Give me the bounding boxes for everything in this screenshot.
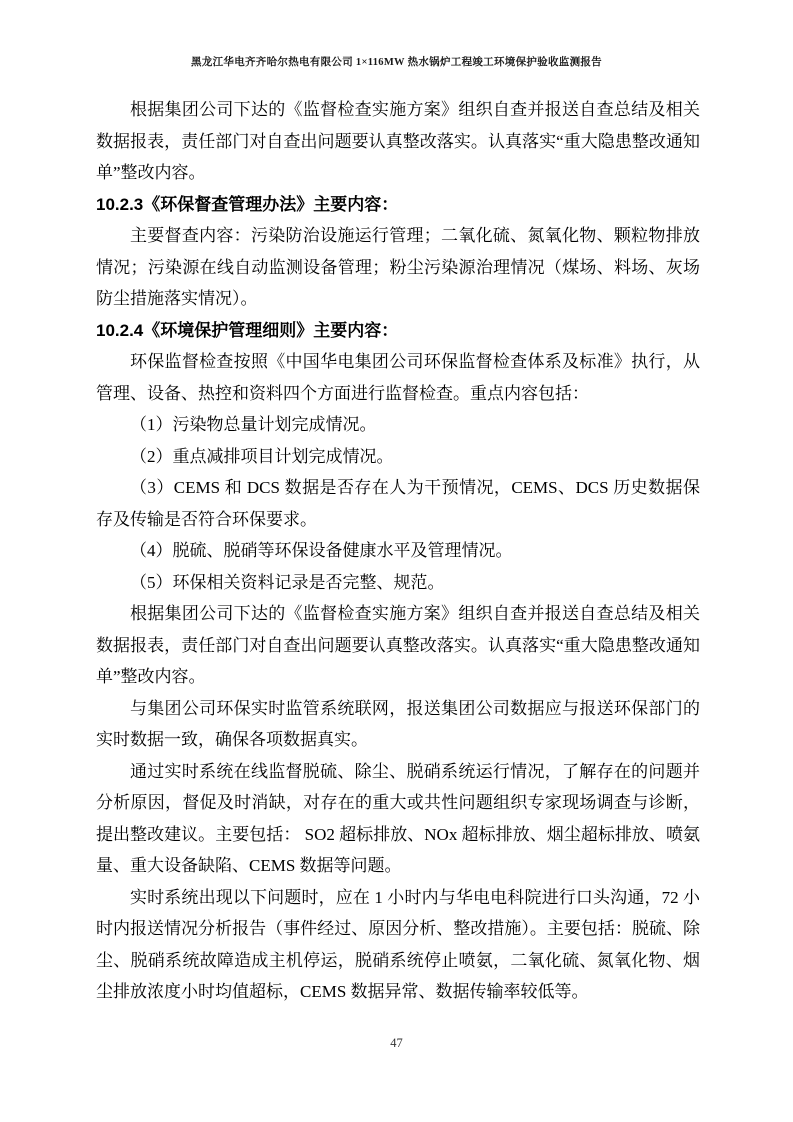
paragraph-realtime-network: 与集团公司环保实时监管系统联网，报送集团公司数据应与报送环保部门的实时数据一致，…	[96, 693, 700, 756]
paragraph-supervision-content: 主要督查内容：污染防治设施运行管理；二氧化硫、氮氧化物、颗粒物排放情况；污染源在…	[96, 220, 700, 315]
paragraph-self-inspection-1: 根据集团公司下达的《监督检查实施方案》组织自查并报送自查总结及相关数据报表，责任…	[96, 94, 700, 189]
list-item-5: （5）环保相关资料记录是否完整、规范。	[96, 567, 700, 599]
section-heading-10-2-4: 10.2.4《环境保护管理细则》主要内容：	[96, 315, 700, 347]
page-number: 47	[0, 1036, 793, 1051]
list-item-3: （3）CEMS 和 DCS 数据是否存在人为干预情况，CEMS、DCS 历史数据…	[96, 472, 700, 535]
list-item-4: （4）脱硫、脱硝等环保设备健康水平及管理情况。	[96, 535, 700, 567]
paragraph-inspection-system: 环保监督检查按照《中国华电集团公司环保监督检查体系及标准》执行，从管理、设备、热…	[96, 346, 700, 409]
list-item-1: （1）污染物总量计划完成情况。	[96, 409, 700, 441]
page-header: 黑龙江华电齐齐哈尔热电有限公司 1×116MW 热水锅炉工程竣工环境保护验收监测…	[0, 54, 793, 69]
paragraph-online-monitoring: 通过实时系统在线监督脱硫、除尘、脱硝系统运行情况，了解存在的问题并分析原因，督促…	[96, 756, 700, 882]
section-heading-10-2-3: 10.2.3《环保督查管理办法》主要内容：	[96, 189, 700, 221]
document-body: 根据集团公司下达的《监督检查实施方案》组织自查并报送自查总结及相关数据报表，责任…	[96, 94, 700, 1008]
paragraph-incident-reporting: 实时系统出现以下问题时，应在 1 小时内与华电电科院进行口头沟通，72 小时内报…	[96, 882, 700, 1008]
paragraph-self-inspection-2: 根据集团公司下达的《监督检查实施方案》组织自查并报送自查总结及相关数据报表，责任…	[96, 598, 700, 693]
list-item-2: （2）重点减排项目计划完成情况。	[96, 441, 700, 473]
